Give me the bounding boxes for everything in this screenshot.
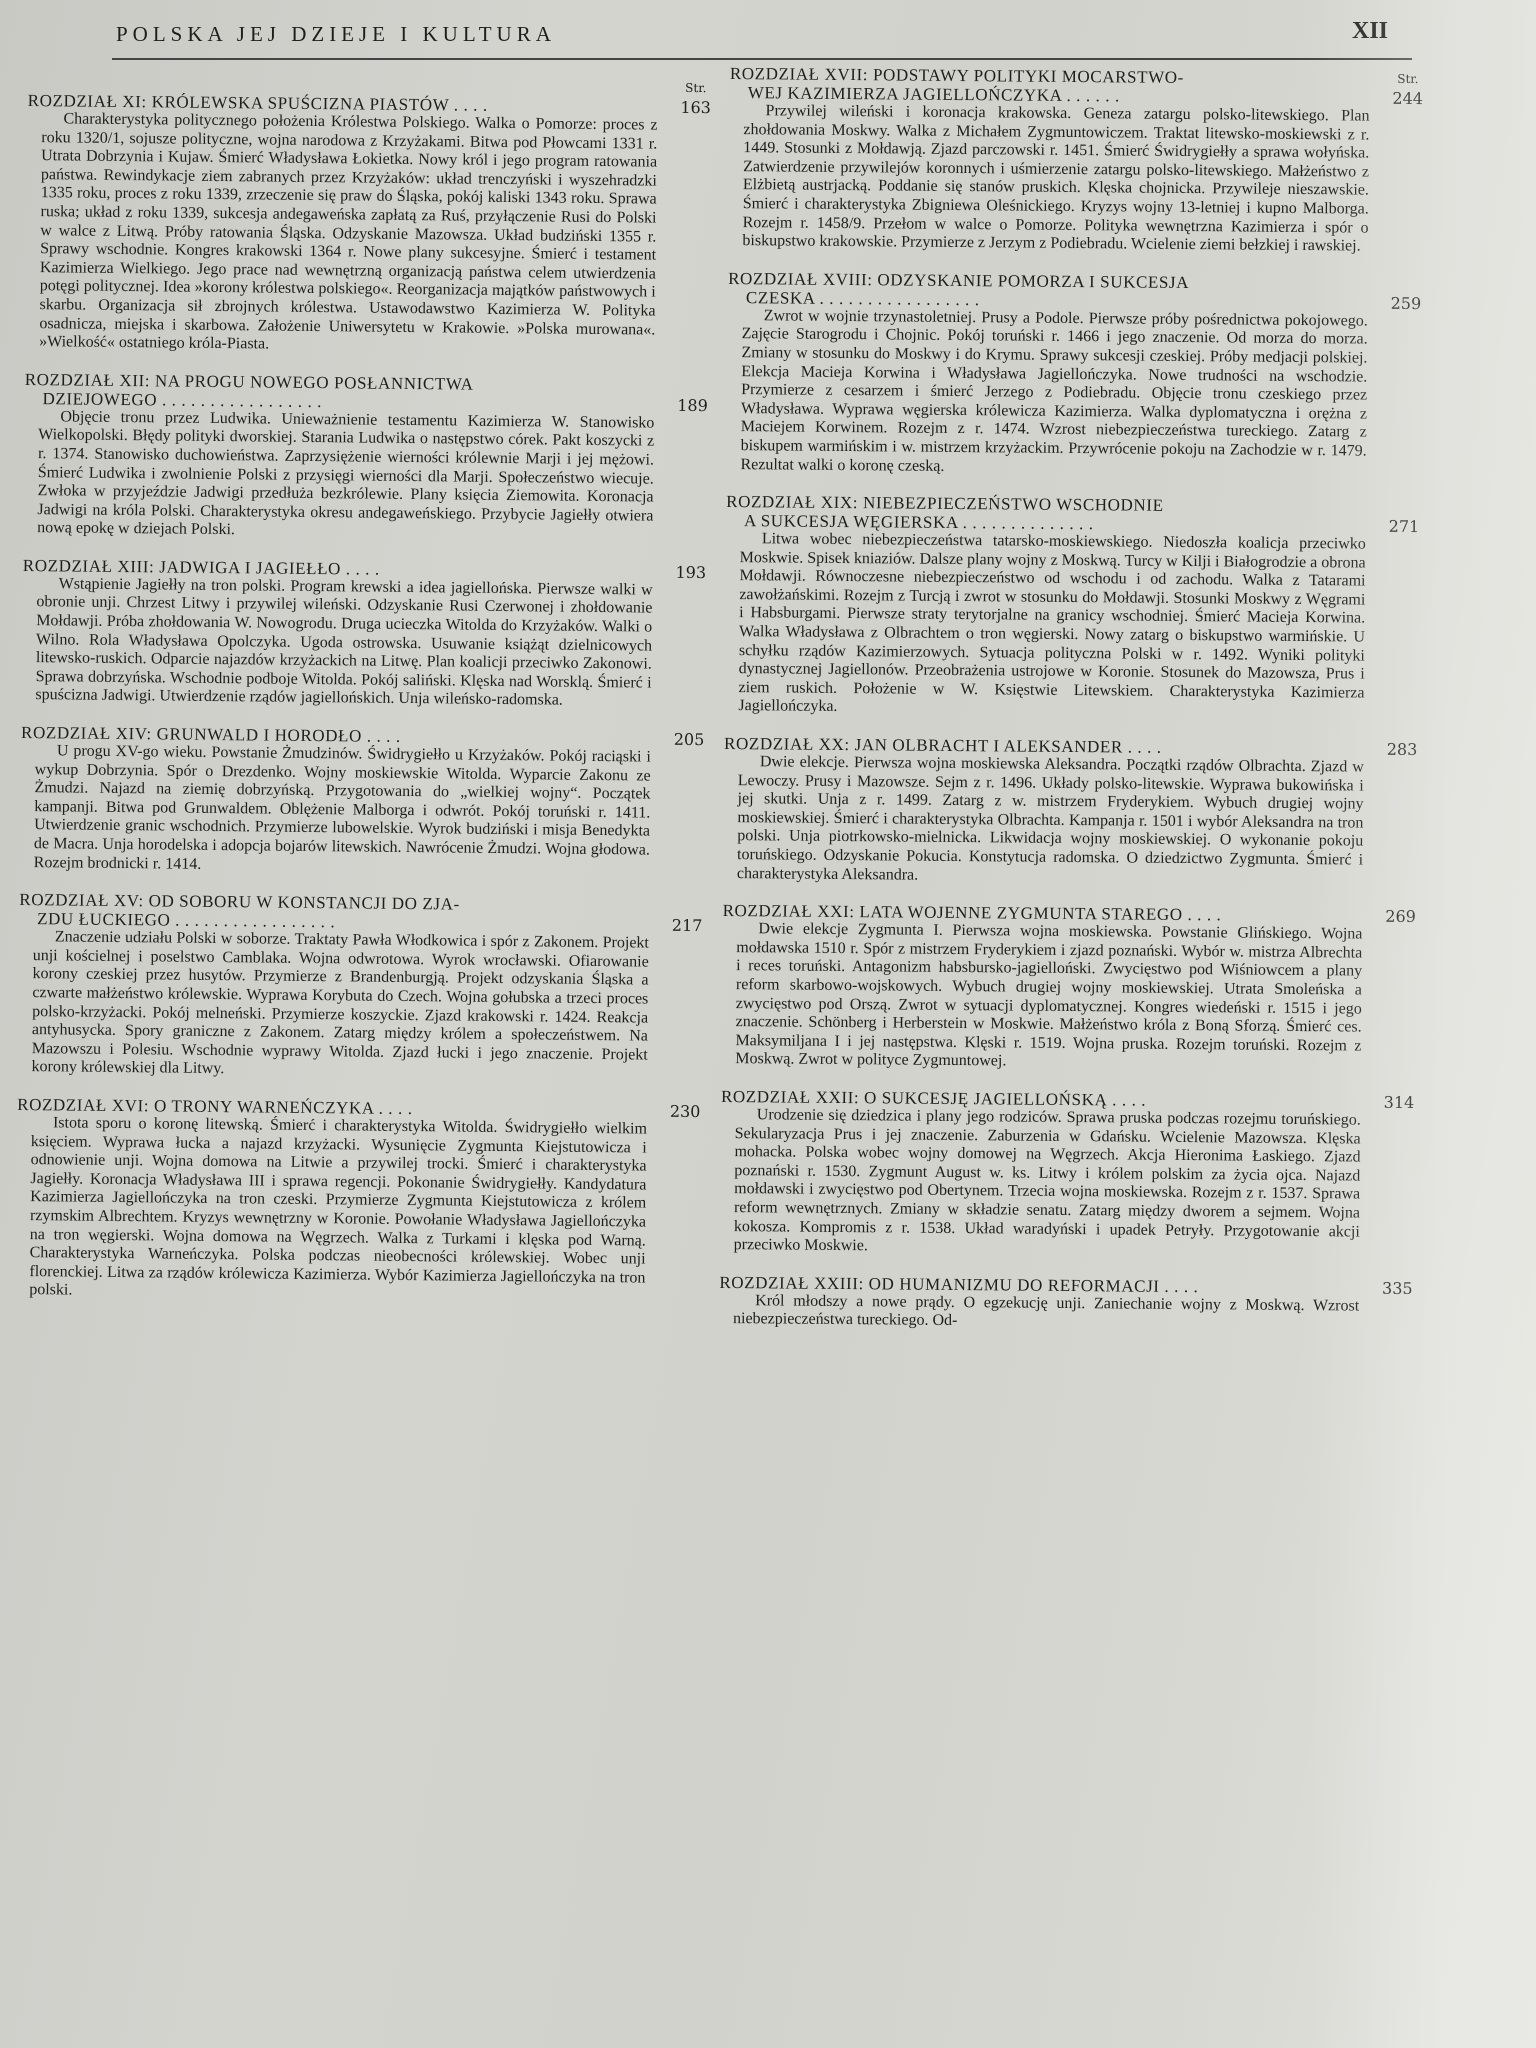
toc-entry: ROZDZIAŁ XII: NA PROGU NOWEGO POSŁANNICT… — [23, 370, 725, 545]
chapter-summary: Wstąpienie Jagiełły na tron polski. Prog… — [21, 575, 652, 712]
chapter-summary: Istota sporu o koronę litewską. Śmierć i… — [15, 1114, 647, 1307]
chapter-heading: ROZDZIAŁ XVIII: ODZYSKANIE POMORZA I SUK… — [728, 269, 1438, 313]
page-number: XII — [1352, 18, 1388, 45]
page-number-value: 314 — [1367, 1093, 1431, 1113]
chapter-page-number: 259 — [1374, 293, 1438, 313]
page-number-value: 283 — [1370, 740, 1434, 760]
page-number-value: 335 — [1365, 1278, 1429, 1298]
toc-entry: ROZDZIAŁ XIX: NIEBEZPIECZEŃSTWO WSCHODNI… — [724, 492, 1436, 722]
page-number-value: 189 — [660, 395, 724, 415]
toc-left-column: ROZDZIAŁ XI: KRÓLEWSKA SPUŚCIZNA PIASTÓW… — [15, 72, 728, 1325]
toc-entry: ROZDZIAŁ XIII: JADWIGA I JAGIEŁŁO . . . … — [21, 556, 723, 712]
chapter-summary: Król młodszy a nowe prądy. O egzekucję u… — [719, 1292, 1359, 1335]
toc-entry: ROZDZIAŁ XXII: O SUKCESJĘ JAGIELLOŃSKĄ .… — [720, 1087, 1431, 1261]
toc-entry: ROZDZIAŁ XXI: LATA WOJENNE ZYGMUNTA STAR… — [721, 901, 1432, 1075]
chapter-title: ROZDZIAŁ XII: NA PROGU NOWEGO POSŁANNICT… — [24, 370, 660, 415]
chapter-summary: Zwrot w wojnie trzynastoletniej. Prusy a… — [726, 307, 1367, 480]
chapter-summary: Litwa wobec niebezpieczeństwa tatarsko-m… — [724, 530, 1366, 722]
toc-entry: ROZDZIAŁ XXIII: OD HUMANIZMU DO REFORMAC… — [719, 1273, 1429, 1335]
chapter-page-number: 269 — [1369, 907, 1433, 927]
page-number-value: 259 — [1374, 293, 1438, 313]
chapter-summary: Znaczenie udziału Polski w soborze. Trak… — [17, 928, 649, 1083]
toc-entry: ROZDZIAŁ XVIII: ODZYSKANIE POMORZA I SUK… — [726, 269, 1438, 481]
toc-entry: ROZDZIAŁ XIV: GRUNWALD I HORODŁO . . . .… — [20, 723, 722, 879]
toc-entry: ROZDZIAŁ XVI: O TRONY WARNEŃCZYKA . . . … — [15, 1095, 717, 1307]
chapter-summary: Dwie elekcje. Pierwsza wojna moskiewska … — [723, 753, 1364, 889]
chapter-summary: U progu XV-go wieku. Powstanie Żmudzinów… — [20, 742, 651, 879]
chapter-title: ROZDZIAŁ XV: OD SOBORU W KONSTANCJI DO Z… — [19, 890, 655, 935]
page-number-value: 217 — [655, 916, 719, 936]
page-number-value: 193 — [659, 563, 723, 583]
chapter-title: ROZDZIAŁ XVIII: ODZYSKANIE POMORZA I SUK… — [728, 269, 1374, 313]
page-number-value: 269 — [1369, 907, 1433, 927]
chapter-heading: ROZDZIAŁ XVII: PODSTAWY POLITYKI MOCARST… — [730, 64, 1440, 108]
chapter-page-number: 230 — [653, 1102, 717, 1122]
running-title: POLSKA JEJ DZIEJE I KULTURA — [116, 22, 556, 47]
page-number-value: 205 — [657, 730, 721, 750]
page-column-label: Str. — [1376, 70, 1440, 90]
chapter-page-number: Str.163 — [664, 79, 728, 118]
chapter-page-number: 271 — [1372, 517, 1436, 537]
toc-entry: ROZDZIAŁ XV: OD SOBORU W KONSTANCJI DO Z… — [17, 890, 719, 1084]
chapter-summary: Przywilej wileński i koronacja krakowska… — [728, 102, 1369, 256]
page-number-value: 244 — [1376, 89, 1440, 109]
page-column-label: Str. — [664, 79, 728, 99]
chapter-title: ROZDZIAŁ XVII: PODSTAWY POLITYKI MOCARST… — [730, 64, 1376, 108]
chapter-page-number: 283 — [1370, 740, 1434, 760]
chapter-summary: Objęcie tronu przez Ludwika. Unieważnien… — [23, 408, 654, 545]
page-number-value: 271 — [1372, 517, 1436, 537]
chapter-page-number: 335 — [1365, 1278, 1429, 1298]
chapter-page-number: 217 — [655, 916, 719, 936]
page-number-value: 163 — [664, 98, 728, 118]
toc-right-column: ROZDZIAŁ XVII: PODSTAWY POLITYKI MOCARST… — [719, 64, 1440, 1353]
page-number-value: 230 — [653, 1102, 717, 1122]
chapter-summary: Charakterystyka politycznego położenia K… — [25, 110, 657, 358]
toc-entry: ROZDZIAŁ XVII: PODSTAWY POLITYKI MOCARST… — [728, 64, 1440, 257]
chapter-page-number: 205 — [657, 730, 721, 750]
chapter-page-number: 193 — [659, 563, 723, 583]
toc-entry: ROZDZIAŁ XX: JAN OLBRACHT I ALEKSANDER .… — [723, 734, 1434, 889]
page-header: POLSKA JEJ DZIEJE I KULTURA XII — [112, 18, 1412, 60]
chapter-title: ROZDZIAŁ XIX: NIEBEZPIECZEŃSTWO WSCHODNI… — [726, 492, 1372, 536]
chapter-summary: Urodzenie się dziedzica i plany jego rod… — [720, 1106, 1361, 1260]
chapter-summary: Dwie elekcje Zygmunta I. Pierwsza wojna … — [721, 920, 1362, 1074]
chapter-heading: ROZDZIAŁ XIX: NIEBEZPIECZEŃSTWO WSCHODNI… — [726, 492, 1436, 536]
chapter-page-number: Str.244 — [1376, 70, 1440, 109]
chapter-page-number: 189 — [660, 395, 724, 415]
toc-entry: ROZDZIAŁ XI: KRÓLEWSKA SPUŚCIZNA PIASTÓW… — [25, 72, 728, 359]
chapter-page-number: 314 — [1367, 1093, 1431, 1113]
